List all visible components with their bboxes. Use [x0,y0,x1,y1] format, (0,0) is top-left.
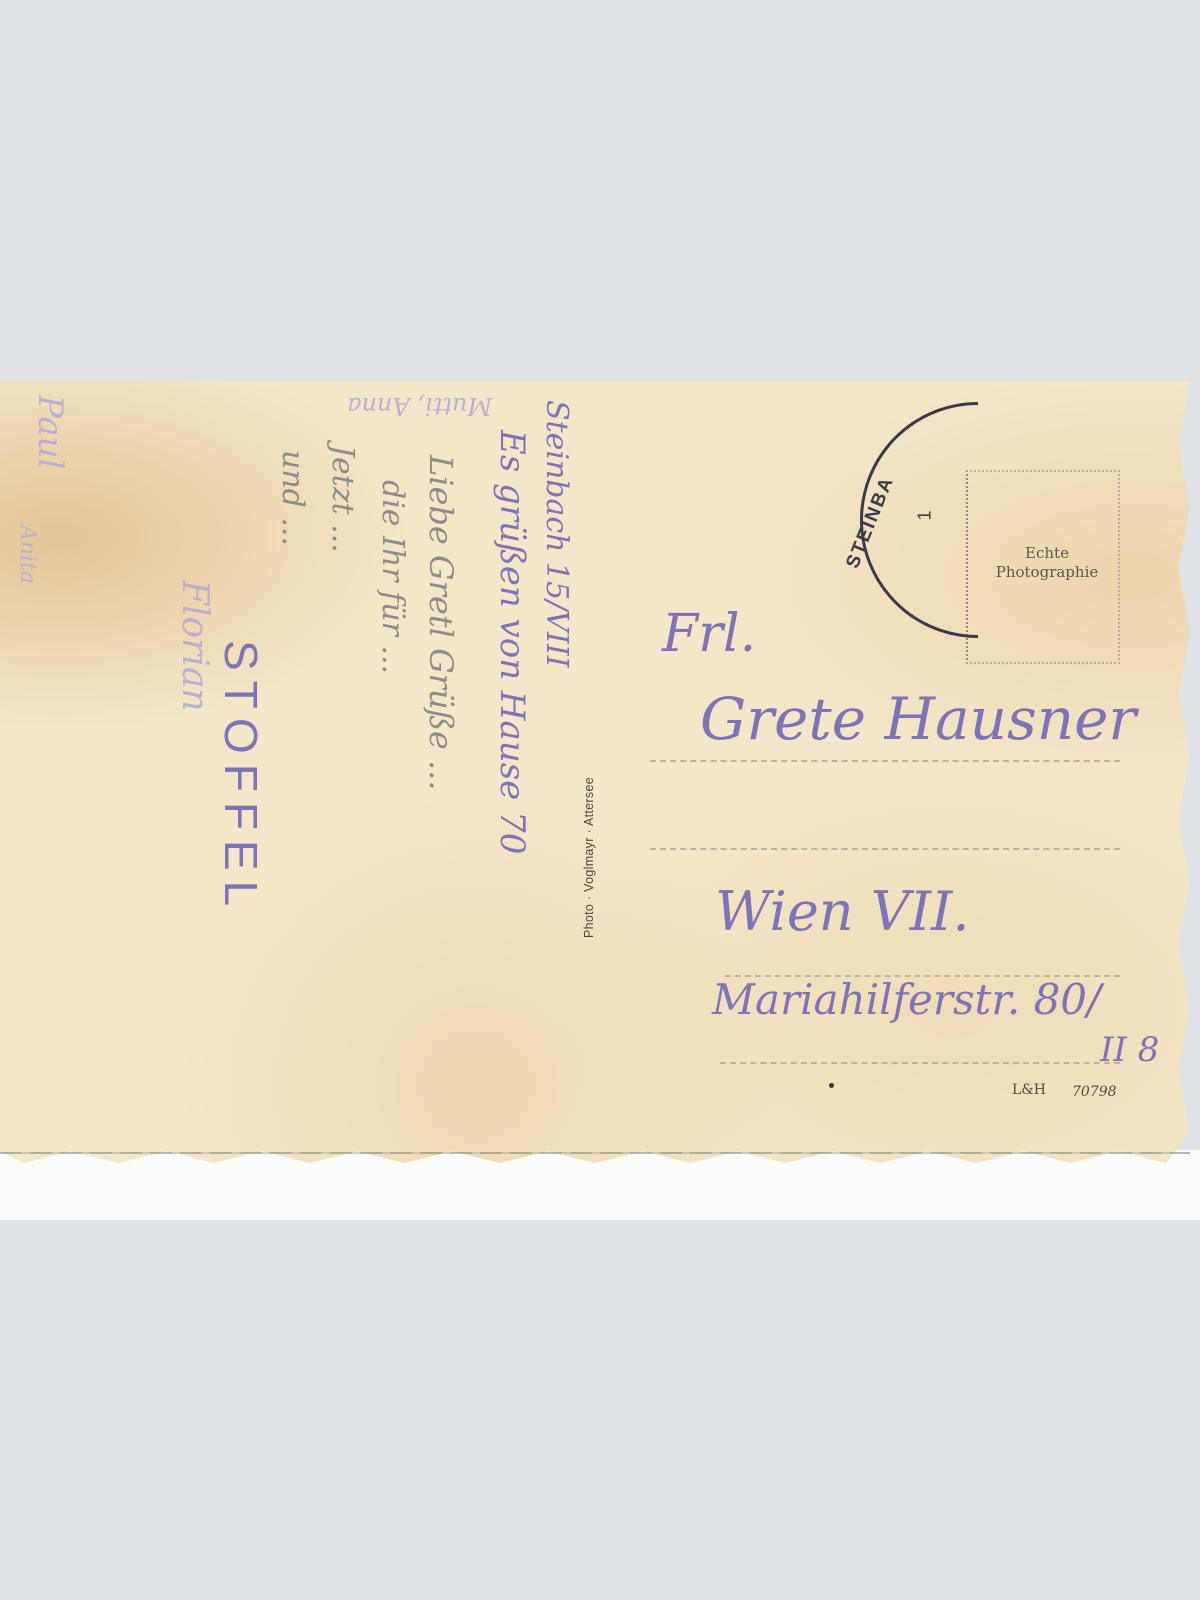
message-date-line: Steinbach 15/VIII [539,400,574,668]
postmark-date: 1 [915,510,936,520]
photographer-credit: Photo · Voglmayr · Attersee [582,777,596,938]
address-line-2 [650,848,1120,850]
address-name: Grete Hausner [700,685,1136,753]
margin-note-top: Mutti, Anna [347,392,492,420]
address-line-4 [720,1062,1120,1064]
address-street: Mariahilferstr. 80/ [712,975,1101,1024]
stamp-label-line-1: Echte [972,544,1122,563]
stamp-box-label: Echte Photographie [972,544,1122,582]
address-city: Wien VII. [715,880,970,943]
pencil-line-4: und ... [275,450,310,546]
signature-stoffel: STOFFEL [214,640,268,916]
pencil-line-2: die Ihr für ... [375,480,410,674]
margin-note-anita: Anita [15,525,40,584]
ink-dot [829,1083,834,1088]
stamp-label-line-2: Photographie [972,563,1122,582]
deckled-edge [0,1152,1190,1154]
pencil-line-3: Jetzt ... [325,445,360,553]
pencil-line-1: Liebe Gretl Grüße ... [422,455,460,791]
address-salutation: Frl. [662,604,756,664]
margin-note-florian: Florian [174,580,215,712]
margin-note-paul: Paul [30,395,70,469]
message-line-1: Es grüßen von Hause 70 [492,430,532,854]
address-apartment: II 8 [1100,1030,1159,1070]
publisher-mark: L&H [1012,1082,1046,1098]
address-line-1 [650,760,1120,762]
serial-number: 70798 [1072,1084,1117,1100]
